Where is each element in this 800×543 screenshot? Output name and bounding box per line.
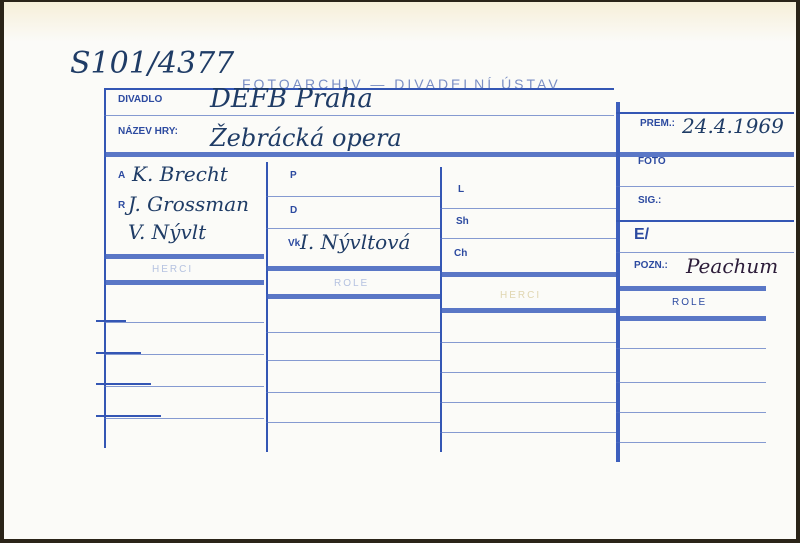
row-line	[104, 386, 264, 387]
right-col-divider	[616, 102, 620, 462]
row-line	[616, 412, 766, 413]
col-header-1: HERCI	[152, 264, 193, 275]
row-mark	[96, 415, 161, 417]
divider	[440, 208, 616, 209]
divider	[104, 152, 794, 157]
e-label: E/	[634, 226, 649, 244]
pozn-label: POZN.:	[634, 260, 668, 271]
nazev-hry-label: NÁZEV HRY:	[118, 126, 178, 137]
r-label: R	[118, 200, 125, 211]
handwritten-id: S101/4377	[70, 46, 234, 81]
sig-label: SIG.:	[638, 195, 661, 206]
divider	[266, 228, 440, 229]
row-line	[104, 322, 264, 323]
divider	[616, 286, 766, 291]
ch-label: Ch	[454, 248, 467, 259]
row-mark	[96, 383, 151, 385]
divadlo-value: DEFB Praha	[210, 84, 373, 114]
vk-label: Vk	[288, 238, 300, 249]
divider	[440, 238, 616, 239]
divadlo-label: DIVADLO	[118, 94, 162, 105]
row-line	[266, 332, 440, 333]
row-line	[440, 342, 616, 343]
col-header-2: ROLE	[334, 278, 369, 289]
row-line	[104, 354, 264, 355]
col-header-4: ROLE	[672, 297, 707, 308]
divider	[266, 266, 440, 271]
p-label: P	[290, 170, 297, 181]
divider	[616, 186, 794, 187]
row-line	[266, 392, 440, 393]
row-line	[266, 422, 440, 423]
divider	[266, 196, 440, 197]
nazev-hry-value: Žebrácká opera	[210, 124, 402, 152]
row-line	[616, 348, 766, 349]
frame-left	[104, 88, 106, 448]
vk-value: I. Nývltová	[300, 230, 410, 254]
row-line	[440, 432, 616, 433]
divider	[104, 115, 614, 116]
row-line	[616, 442, 766, 443]
divider	[104, 254, 264, 259]
r-value: J. Grossman	[128, 192, 249, 216]
foto-label: FOTO	[638, 156, 666, 167]
prem-value: 24.4.1969	[682, 114, 784, 138]
divider	[616, 252, 794, 253]
r2-value: V. Nývlt	[128, 220, 206, 244]
divider	[104, 280, 264, 285]
divider	[616, 316, 766, 321]
divider	[440, 272, 616, 277]
l-label: L	[458, 184, 464, 195]
sh-label: Sh	[456, 216, 469, 227]
divider	[616, 220, 794, 222]
col-header-3: HERCI	[500, 290, 541, 301]
divider	[440, 308, 616, 313]
row-line	[266, 360, 440, 361]
divider	[266, 294, 440, 299]
row-mark	[96, 352, 141, 354]
a-label: A	[118, 170, 125, 181]
d-label: D	[290, 205, 297, 216]
row-line	[440, 402, 616, 403]
row-line	[440, 372, 616, 373]
archive-index-card: S101/4377 FOTOARCHIV — DIVADELNÍ ÚSTAV D…	[4, 2, 796, 539]
row-line	[104, 418, 264, 419]
row-line	[616, 382, 766, 383]
col-divider-1	[266, 162, 268, 452]
row-mark	[96, 320, 126, 322]
prem-label: PREM.:	[640, 118, 675, 129]
pozn-value: Peachum	[686, 254, 778, 278]
a-value: K. Brecht	[132, 162, 228, 186]
